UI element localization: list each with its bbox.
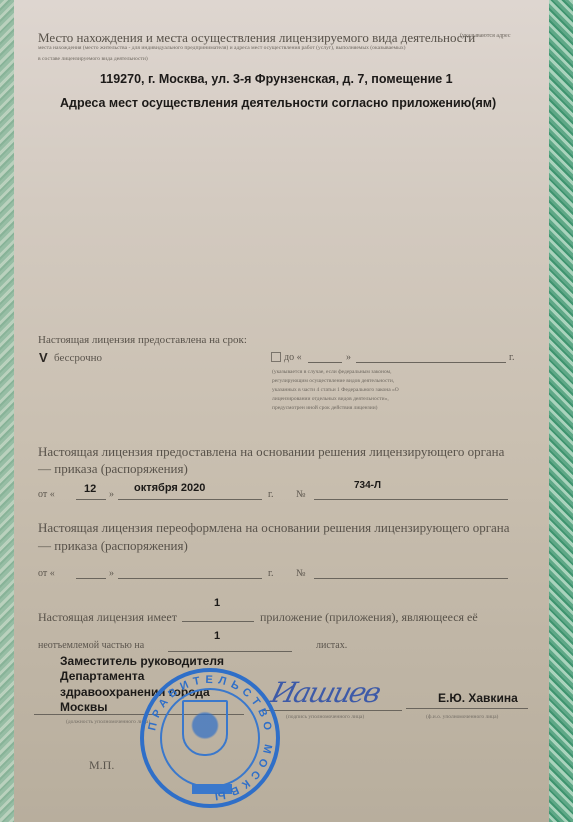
until-note: (указывается в случае, если федеральным …	[272, 368, 412, 413]
location-heading-note-3: в составе лицензируемого вида деятельнос…	[38, 56, 148, 62]
granted-label-line-1: Настоящая лицензия предоставлена на осно…	[38, 444, 504, 460]
until-day-field[interactable]	[308, 362, 342, 363]
term-label: Настоящая лицензия предоставлена на срок…	[38, 334, 247, 346]
name-caption: (ф.и.о. уполномоченного лица)	[426, 714, 498, 720]
signature: Иашиев	[268, 676, 383, 709]
attachments-line-1-prefix: Настоящая лицензия имеет	[38, 610, 177, 625]
granted-year-suffix: г.	[268, 489, 273, 500]
location-heading-note: (указываются адрес	[460, 33, 511, 39]
granted-day: 12	[84, 483, 96, 495]
granted-number-label: №	[296, 489, 306, 500]
attachments-sheets: 1	[214, 630, 220, 642]
until-month-year-field[interactable]	[356, 362, 506, 363]
indefinite-label: бессрочно	[54, 352, 102, 364]
reissued-day-field[interactable]	[76, 578, 106, 579]
name-line	[406, 708, 528, 709]
reissued-label-line-2: — приказа (распоряжения)	[38, 538, 188, 554]
official-stamp: ПРАВИТЕЛЬСТВО МОСКВЫ	[140, 668, 280, 808]
attachments-sheets-field[interactable]	[168, 651, 292, 652]
attachments-count: 1	[214, 597, 220, 609]
until-label: до «	[284, 352, 302, 363]
reissued-quote-close: »	[109, 568, 114, 579]
decorative-border-right	[549, 0, 573, 822]
indefinite-checkbox[interactable]: V	[39, 350, 48, 365]
until-checkbox[interactable]	[271, 352, 281, 362]
position-caption: (должность уполномоченного лица)	[66, 719, 150, 725]
location-heading-note-2: места нахождения (место жительства - для…	[38, 45, 406, 51]
reissued-month-year-field[interactable]	[118, 578, 262, 579]
until-quote-close: »	[346, 352, 351, 363]
granted-from-label: от «	[38, 489, 55, 500]
activity-addresses: Адреса мест осуществления деятельности с…	[60, 96, 496, 110]
license-address: 119270, г. Москва, ул. 3-я Фрунзенская, …	[100, 72, 453, 86]
granted-month-year-field[interactable]	[118, 499, 262, 500]
signatory-position-line-1: Заместитель руководителя	[60, 654, 224, 668]
signatory-name: Е.Ю. Хавкина	[438, 691, 518, 705]
attachments-line-2-suffix: листах.	[316, 640, 347, 651]
signature-line	[262, 710, 402, 711]
svg-text:ПРАВИТЕЛЬСТВО МОСКВЫ: ПРАВИТЕЛЬСТВО МОСКВЫ	[146, 674, 274, 803]
attachments-line-1-suffix: приложение (приложения), являющееся её	[260, 610, 478, 625]
granted-label-line-2: — приказа (распоряжения)	[38, 461, 188, 477]
granted-number: 734-Л	[354, 480, 381, 491]
reissued-number-field[interactable]	[314, 578, 508, 579]
granted-day-field[interactable]	[76, 499, 106, 500]
attachments-line-2-prefix: неотъемлемой частью на	[38, 640, 144, 651]
location-heading: Место нахождения и места осуществления л…	[38, 30, 475, 46]
reissued-from-label: от «	[38, 568, 55, 579]
stamp-ring-text: ПРАВИТЕЛЬСТВО МОСКВЫ	[144, 672, 276, 804]
granted-number-field[interactable]	[314, 499, 508, 500]
granted-quote-close: »	[109, 489, 114, 500]
reissued-year-suffix: г.	[268, 568, 273, 579]
granted-month-year: октября 2020	[134, 482, 205, 494]
reissued-label-line-1: Настоящая лицензия переоформлена на осно…	[38, 520, 510, 536]
signatory-position-line-4: Москвы	[60, 700, 107, 714]
until-year-suffix: г.	[509, 352, 514, 363]
seal-label: М.П.	[89, 758, 114, 773]
attachments-count-field[interactable]	[182, 621, 254, 622]
signatory-position-line-2: Департамента	[60, 669, 144, 683]
signature-caption: (подпись уполномоченного лица)	[286, 714, 364, 720]
reissued-number-label: №	[296, 568, 306, 579]
